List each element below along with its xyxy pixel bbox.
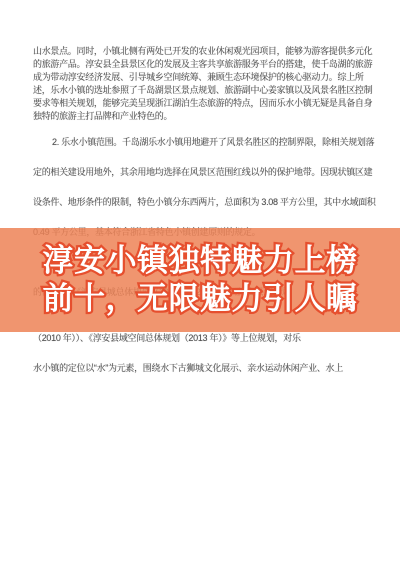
text-line: （2010 年））、《淳安县域空间总体规划（2013 年）》等上位规划，对乐 <box>33 331 383 344</box>
text-line: 定的相关建设用地外，其余用地均选择在风景区范围红线以外的保护地带。因现状镇区建 <box>33 165 383 178</box>
text-line: 独特的旅游主打品牌和产业特色的。 <box>33 109 383 122</box>
text-line: 山水景点。同时，小镇北侧有两处已开发的农业休闲观光园项目，能够为游客提供多元化 <box>33 44 383 57</box>
text-line: 述，乐水小镇的选址参照了千岛湖景区景点规划、旅游副中心姜家镇以及风景名胜区控制 <box>33 83 383 96</box>
text-line: 的旅游产品。淳安县全县景区化的发展及主客共享旅游服务平台的搭建，使千岛湖的旅游 <box>33 57 383 70</box>
document-page: 山水景点。同时，小镇北侧有两处已开发的农业休闲观光园项目，能够为游客提供多元化 … <box>0 0 400 566</box>
text-line: 要求等相关规划，能够完美呈现浙江湖泊生态旅游的特点，因而乐水小镇无疑是具备自身 <box>33 96 383 109</box>
text-line: 水小镇的定位以“水”为元素，围绕水下古狮城文化展示、亲水运动休闲产业、水上 <box>33 361 383 374</box>
text-line: 2. 乐水小镇范围。千岛湖乐水小镇用地避开了风景名胜区的控制界限，除相关规划落 <box>52 135 400 148</box>
text-line: 设条件、地形条件的限制，特色小镇分东西两片，总面积为 3.08 平方公里，其中水… <box>33 195 383 208</box>
promo-banner-overlay: 淳安小镇独特魅力上榜 前十，无限魅力引人瞩 <box>0 228 400 332</box>
banner-title-line-1: 淳安小镇独特魅力上榜 <box>43 244 358 279</box>
banner-title-line-2: 前十，无限魅力引人瞩 <box>43 282 358 317</box>
text-line: 成为带动淳安经济发展、引导城乡空间统筹、兼顾生态环境保护的核心驱动力。综上所 <box>33 70 383 83</box>
